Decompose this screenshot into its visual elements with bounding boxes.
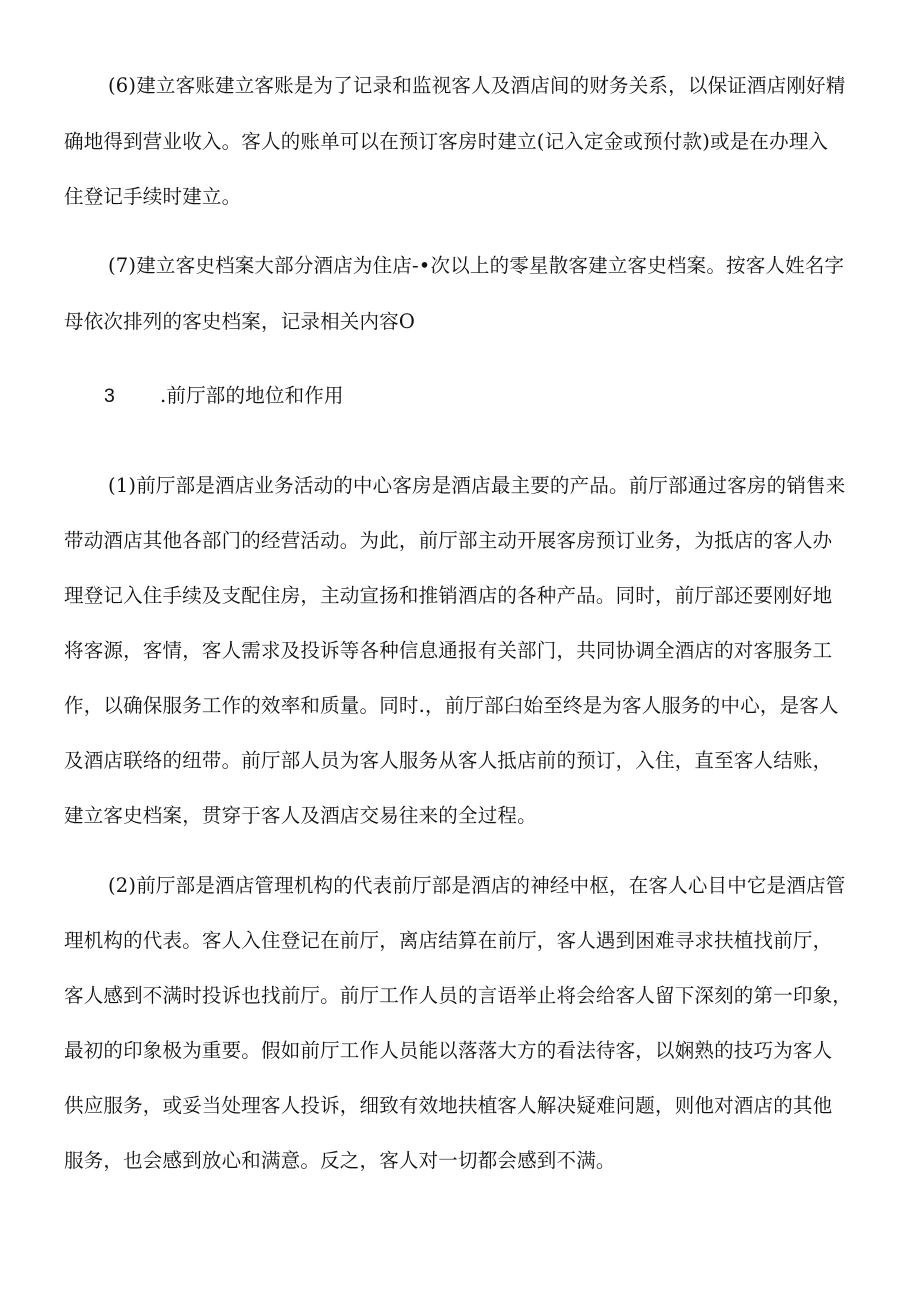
section-title: .前厅部的地位和作用 <box>160 384 344 408</box>
paragraph-6-line-3: 住登记手续时建立。 <box>64 185 241 209</box>
paragraph-6-line-2: 确地得到营业收入。客人的账单可以在预订客房时建立(记入定金或预付款)或是在办理入 <box>64 130 850 154</box>
paragraph-1-line-6: 及酒店联络的纽带。前厅部人员为客人服务从客人抵店前的预订，入住，直至客人结账， <box>64 749 832 773</box>
paragraph-2-line-1: (2)前厅部是酒店管理机构的代表前厅部是酒店的神经中枢，在客人心目中它是酒店管 <box>108 874 845 898</box>
paragraph-2-line-4: 最初的印象极为重要。假如前厅工作人员能以落落大方的看法待客，以娴熟的技巧为客人 <box>64 1039 832 1063</box>
paragraph-1-line-4: 将客源，客情，客人需求及投诉等各种信息通报有关部门，共同协调全酒店的对客服务工 <box>64 639 832 663</box>
paragraph-1-line-7: 建立客史档案，贯穿于客人及酒店交易往来的全过程。 <box>64 804 537 828</box>
paragraph-2-line-3: 客人感到不满时投诉也找前厅。前厅工作人员的言语举止将会给客人留下深刻的第一印象， <box>64 984 852 1008</box>
section-number: 3 <box>104 384 115 408</box>
paragraph-2-line-6: 服务，也会感到放心和满意。反之，客人对一切都会感到不满。 <box>64 1149 616 1173</box>
paragraph-2-line-2: 理机构的代表。客人入住登记在前厅，离店结算在前厅，客人遇到困难寻求扶植找前厅， <box>64 929 832 953</box>
paragraph-2-line-5: 供应服务，或妥当处理客人投诉，细致有效地扶植客人解决疑难问题，则他对酒店的其他 <box>64 1094 832 1118</box>
paragraph-1-line-5: 作，以确保服务工作的效率和质量。同时.，前厅部臼始至终是为客人服务的中心，是客人 <box>64 694 839 718</box>
paragraph-1-line-3: 理登记入住手续及支配住房，主动宣扬和推销酒店的各种产品。同时，前厅部还要刚好地 <box>64 584 832 608</box>
paragraph-7-line-1: (7)建立客史档案大部分酒店为住店-•次以上的零星散客建立客史档案。按客人姓名字 <box>108 254 844 278</box>
paragraph-1-line-1: (1)前厅部是酒店业务活动的中心客房是酒店最主要的产品。前厅部通过客房的销售来 <box>108 474 845 498</box>
paragraph-7-line-2: 母依次排列的客史档案，记录相关内容O <box>64 310 415 334</box>
paragraph-6-line-1: (6)建立客账建立客账是为了记录和监视客人及酒店间的财务关系，以保证酒店刚好精 <box>108 74 850 98</box>
paragraph-1-line-2: 带动酒店其他各部门的经营活动。为此，前厅部主动开展客房预订业务，为抵店的客人办 <box>64 529 832 553</box>
